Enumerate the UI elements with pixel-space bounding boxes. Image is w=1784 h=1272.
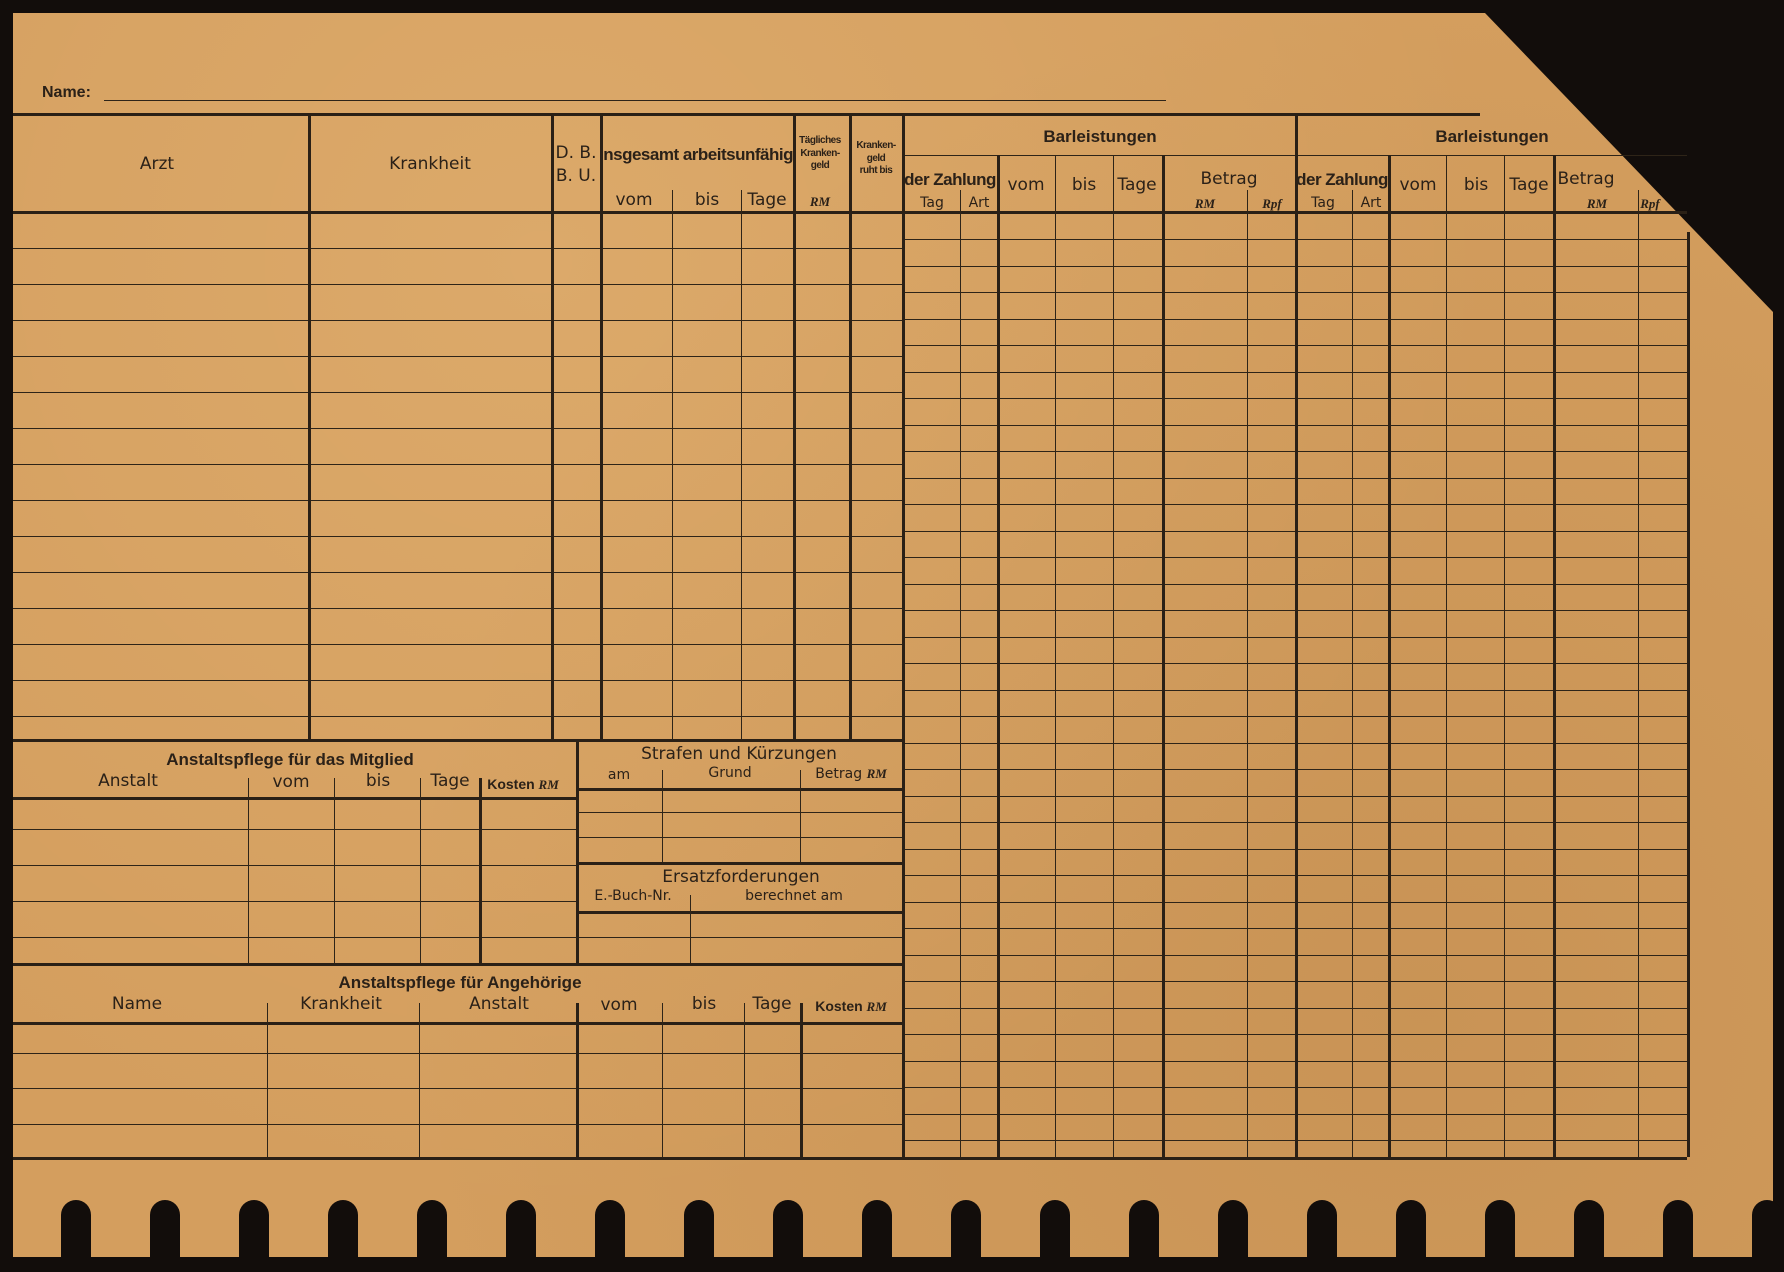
rule-line [13, 1124, 902, 1125]
header-bu: B. U. [556, 168, 596, 185]
mitglied-col-tage: Tage [430, 773, 469, 790]
column-line [334, 778, 335, 963]
column-line [1388, 155, 1391, 1157]
column-line [551, 113, 554, 739]
edge-notch [1307, 1200, 1337, 1272]
barleistungen-2-rm: RM [1587, 197, 1607, 210]
column-line [997, 155, 1000, 1157]
barleistungen-2-art: Art [1361, 196, 1382, 210]
column-line [1162, 155, 1165, 1157]
section-divider [13, 963, 902, 966]
angehoerige-col-anstalt: Anstalt [469, 996, 529, 1013]
table-top-line [13, 113, 1480, 116]
column-line [1055, 155, 1056, 1157]
table-row-line [13, 392, 902, 393]
mitglied-col-vom: vom [272, 774, 309, 791]
edge-notch [1663, 1200, 1693, 1272]
rule-line [13, 1053, 902, 1054]
barleistungen-2-tage: Tage [1509, 177, 1548, 194]
barleistungen-1-bis: bis [1072, 177, 1096, 194]
edge-notch [1752, 1200, 1782, 1272]
edge-notch [1485, 1200, 1515, 1272]
column-line [1687, 232, 1690, 1157]
column-line [1504, 155, 1505, 1157]
header-tage: Tage [747, 192, 786, 209]
table-row-line [13, 644, 902, 645]
column-line [1446, 155, 1447, 1157]
mitglied-col-bis: bis [366, 773, 390, 790]
mitglied-col-kosten: Kosten RM [487, 777, 559, 791]
barleistungen-1-betrag: Betrag [1201, 171, 1258, 188]
header-krankengeld-ruht-bis: Kranken- geld ruht bis [856, 140, 895, 178]
table-body-bottom-line [13, 739, 902, 742]
edge-notch [684, 1200, 714, 1272]
rule-line [13, 797, 576, 800]
column-line [308, 113, 311, 739]
barleistungen-1-tag: Tag [920, 196, 944, 210]
header-db: D. B. [556, 145, 597, 162]
column-line [800, 1003, 803, 1157]
angehoerige-col-vom: vom [600, 997, 637, 1014]
barleistungen-1-rm: RM [1195, 197, 1215, 210]
header-vom: vom [615, 192, 652, 209]
column-line [1352, 190, 1353, 1157]
column-line [576, 739, 579, 963]
column-line [1247, 190, 1248, 1157]
table-row-line [13, 284, 902, 285]
angehoerige-col-kosten: Kosten RM [815, 999, 887, 1013]
ersatz-col-ebuch: E.-Buch-Nr. [594, 889, 671, 903]
table-row-line [13, 464, 902, 465]
edge-notch [951, 1200, 981, 1272]
edge-notch [1129, 1200, 1159, 1272]
table-row-line [13, 428, 902, 429]
column-line [479, 778, 482, 963]
barleistungen-2-tag: Tag [1311, 196, 1335, 210]
anstaltspflege-mitglied-title: Anstaltspflege für das Mitglied [166, 751, 413, 768]
edge-notch [1396, 1200, 1426, 1272]
header-taegliches-unit: RM [810, 195, 830, 208]
edge-notch [862, 1200, 892, 1272]
column-line [960, 190, 961, 1157]
column-line [1553, 155, 1556, 1157]
rule-line [576, 937, 902, 938]
rule-line [13, 829, 576, 830]
strafen-col-betrag: Betrag RM [815, 767, 887, 781]
edge-notch [773, 1200, 803, 1272]
column-line [1638, 190, 1639, 1157]
rule-line [576, 862, 902, 865]
barleistungen-1-art: Art [969, 196, 990, 210]
barleistungen-1-vom: vom [1007, 177, 1044, 194]
angehoerige-col-bis: bis [692, 996, 716, 1013]
table-row-line [13, 320, 902, 321]
column-line [902, 113, 905, 1157]
column-line [662, 770, 663, 862]
angehoerige-col-name: Name [112, 996, 162, 1013]
rule-line [13, 937, 576, 938]
column-line [662, 1003, 663, 1157]
edge-notch [417, 1200, 447, 1272]
table-row-line [13, 500, 902, 501]
header-arzt: Arzt [140, 156, 174, 173]
barleistungen-1-der-zahlung: der Zahlung [904, 171, 996, 188]
rule-line [576, 911, 902, 914]
table-row-line [13, 356, 902, 357]
header-krankheit: Krankheit [389, 156, 471, 173]
edge-notch [150, 1200, 180, 1272]
table-row-line [13, 572, 902, 573]
strafen-col-grund: Grund [708, 766, 751, 780]
column-line [600, 113, 603, 739]
rule-line [576, 812, 902, 813]
header-insgesamt-arbeitsunfaehig: Insgesamt arbeitsunfähig [599, 146, 793, 163]
column-line [744, 1003, 745, 1157]
edge-notch [1574, 1200, 1604, 1272]
rule-line [576, 837, 902, 838]
barleistungen-2-bis: bis [1464, 177, 1488, 194]
header-bis: bis [695, 192, 719, 209]
edge-notch [239, 1200, 269, 1272]
column-line [672, 190, 673, 739]
strafen-title: Strafen und Kürzungen [641, 746, 837, 763]
column-line [800, 770, 801, 862]
rule-line [13, 865, 576, 866]
barleistungen-2-title: Barleistungen [1435, 128, 1548, 145]
name-field[interactable] [104, 100, 1166, 101]
barleistungen-2-rpf: Rpf [1640, 197, 1660, 210]
angehoerige-col-tage: Tage [752, 996, 791, 1013]
edge-notch [1040, 1200, 1070, 1272]
rule-line [13, 1022, 902, 1025]
column-line [690, 895, 691, 963]
anstaltspflege-angehoerige-title: Anstaltspflege für Angehörige [338, 974, 581, 991]
column-line [419, 1003, 420, 1157]
column-line [741, 190, 742, 739]
table-row-line [13, 680, 902, 681]
table-row-line [13, 608, 902, 609]
table-row-line [13, 248, 902, 249]
strafen-col-am: am [608, 768, 630, 782]
column-line [248, 778, 249, 963]
edge-notch [506, 1200, 536, 1272]
ersatz-title: Ersatzforderungen [662, 869, 819, 886]
barleistungen-2-der-zahlung: der Zahlung [1296, 171, 1388, 188]
rule-line [13, 1088, 902, 1089]
rule-line [13, 901, 576, 902]
column-line [1113, 155, 1114, 1157]
table-bottom-line [13, 1157, 1687, 1160]
table-row-line [13, 716, 902, 717]
header-taegliches-krankengeld: Tägliches Kranken- geld [799, 135, 841, 173]
index-card [13, 13, 1773, 1257]
angehoerige-col-krankheit: Krankheit [300, 996, 382, 1013]
column-line [793, 113, 796, 739]
edge-notch [1218, 1200, 1248, 1272]
column-line [267, 1003, 268, 1157]
column-line [849, 113, 852, 739]
edge-notch [595, 1200, 625, 1272]
barleistungen-1-tage: Tage [1117, 177, 1156, 194]
rule-line [576, 788, 902, 791]
mitglied-col-anstalt: Anstalt [98, 773, 158, 790]
column-line [576, 1003, 579, 1157]
name-label: Name: [42, 84, 91, 102]
edge-notch [328, 1200, 358, 1272]
barleistungen-1-rpf: Rpf [1262, 197, 1282, 210]
edge-notch [61, 1200, 91, 1272]
barleistungen-2-vom: vom [1399, 177, 1436, 194]
header-bottom-line [13, 211, 902, 214]
ersatz-col-berechnet: berechnet am [745, 889, 843, 903]
barleistungen-1-title: Barleistungen [1043, 128, 1156, 145]
table-row-line [13, 536, 902, 537]
barleistungen-2-betrag: Betrag [1558, 171, 1615, 188]
column-line [1295, 113, 1298, 1157]
column-line [420, 778, 421, 963]
